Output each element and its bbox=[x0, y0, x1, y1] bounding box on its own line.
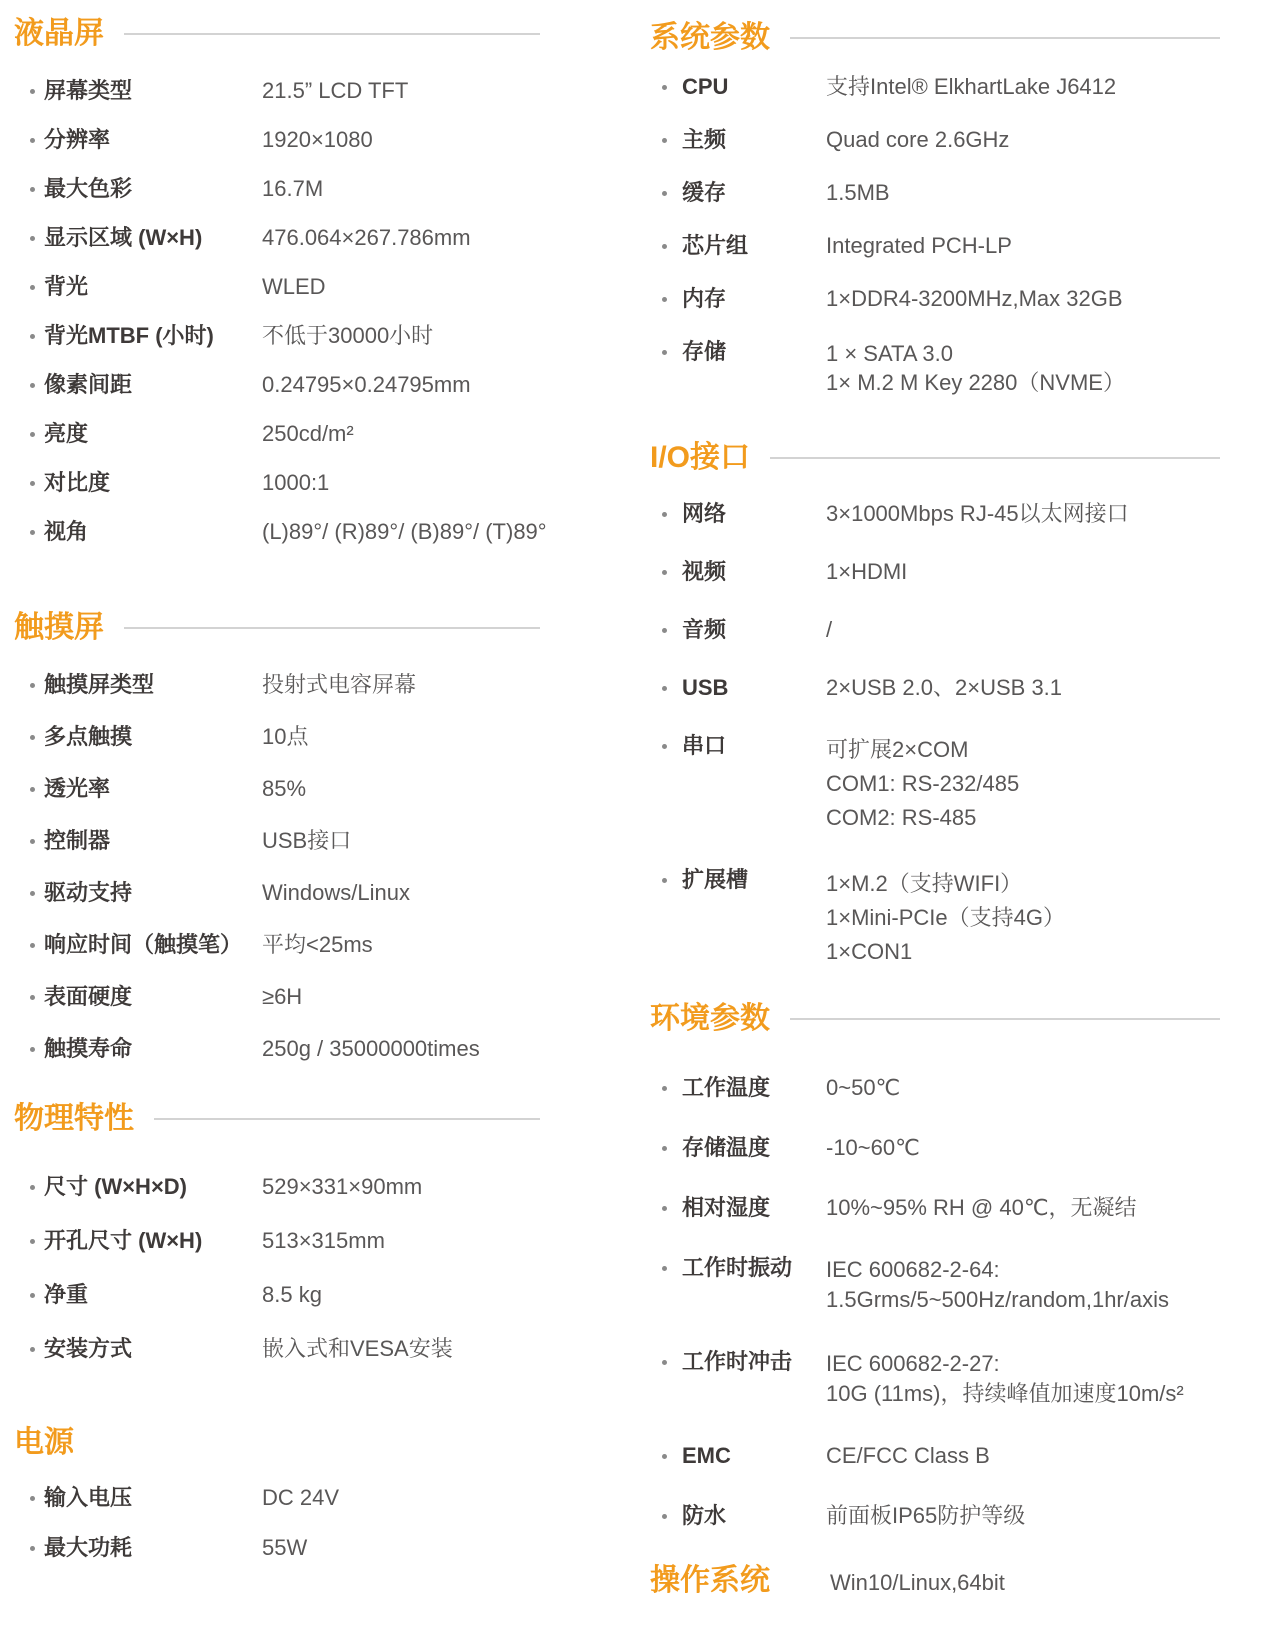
spec-row-max-power: 最大功耗55W bbox=[14, 1535, 540, 1561]
spec-value: WLED bbox=[262, 274, 326, 300]
spec-label: 缓存 bbox=[682, 180, 826, 206]
spec-row-driver-support: 驱动支持Windows/Linux bbox=[14, 880, 540, 906]
spec-label: 尺寸 (W×H×D) bbox=[44, 1174, 262, 1200]
spec-row-operating-temp: 工作温度0~50℃ bbox=[650, 1075, 1220, 1101]
spec-rows: 尺寸 (W×H×D)529×331×90mm 开孔尺寸 (W×H)513×315… bbox=[14, 1174, 540, 1362]
spec-label: 触摸寿命 bbox=[44, 1036, 262, 1062]
bullet-dot-icon bbox=[662, 138, 667, 143]
section-power: 电源 输入电压DC 24V 最大功耗55W bbox=[14, 1425, 540, 1561]
bullet-dot-icon bbox=[30, 138, 35, 143]
spec-value-line: 10G (11ms)，持续峰值加速度10m/s² bbox=[826, 1379, 1184, 1409]
spec-row-display-area: 显示区域 (W×H)476.064×267.786mm bbox=[14, 225, 540, 251]
section-title-system: 系统参数 bbox=[650, 20, 770, 56]
section-header-system: 系统参数 bbox=[650, 20, 1220, 56]
header-divider-line bbox=[790, 1018, 1220, 1020]
bullet-dot-icon bbox=[30, 432, 35, 437]
spec-value: 250g / 35000000times bbox=[262, 1036, 480, 1062]
bullet-dot-icon bbox=[662, 512, 667, 517]
bullet-dot-icon bbox=[662, 1266, 667, 1271]
spec-value: 嵌入式和VESA安装 bbox=[262, 1336, 453, 1362]
spec-value: 1920×1080 bbox=[262, 127, 373, 153]
bullet-dot-icon bbox=[662, 570, 667, 575]
spec-label: 背光 bbox=[44, 274, 262, 300]
spec-row-input-voltage: 输入电压DC 24V bbox=[14, 1485, 540, 1511]
spec-label: 工作温度 bbox=[682, 1075, 826, 1101]
spec-label: 表面硬度 bbox=[44, 984, 262, 1010]
spec-row-expansion-slots: 扩展槽1×M.2（支持WIFI）1×Mini-PCIe（支持4G）1×CON1 bbox=[650, 867, 1220, 969]
spec-label: 亮度 bbox=[44, 421, 262, 447]
spec-label: 主频 bbox=[682, 127, 826, 153]
spec-value: CE/FCC Class B bbox=[826, 1443, 990, 1469]
spec-rows: 网络3×1000Mbps RJ-45以太网接口 视频1×HDMI 音频/ USB… bbox=[650, 501, 1220, 969]
spec-label: 背光MTBF (小时) bbox=[44, 323, 262, 349]
spec-row-video: 视频1×HDMI bbox=[650, 559, 1220, 585]
spec-label: 控制器 bbox=[44, 828, 262, 854]
bullet-dot-icon bbox=[30, 1347, 35, 1352]
spec-value: Windows/Linux bbox=[262, 880, 410, 906]
spec-row-surface-hardness: 表面硬度≥6H bbox=[14, 984, 540, 1010]
spec-label: USB bbox=[682, 675, 826, 701]
spec-label: 存储温度 bbox=[682, 1135, 826, 1161]
spec-row-humidity: 相对湿度10%~95% RH @ 40℃，无凝结 bbox=[650, 1195, 1220, 1221]
spec-label: 驱动支持 bbox=[44, 880, 262, 906]
spec-value-line: IEC 600682-2-64: bbox=[826, 1255, 1169, 1285]
spec-label: 响应时间（触摸笔） bbox=[44, 932, 262, 958]
spec-value: 2×USB 2.0、2×USB 3.1 bbox=[826, 675, 1062, 701]
spec-value: 10点 bbox=[262, 724, 308, 750]
section-system-params: 系统参数 CPU支持Intel® ElkhartLake J6412 主频Qua… bbox=[650, 20, 1220, 397]
bullet-dot-icon bbox=[662, 191, 667, 196]
bullet-dot-icon bbox=[30, 1185, 35, 1190]
spec-value: 250cd/m² bbox=[262, 421, 354, 447]
spec-row-storage: 存储1 × SATA 3.01× M.2 M Key 2280（NVME） bbox=[650, 339, 1220, 397]
bullet-dot-icon bbox=[662, 744, 667, 749]
spec-row-contrast: 对比度1000:1 bbox=[14, 470, 540, 496]
spec-value-line: COM1: RS-232/485 bbox=[826, 767, 1019, 801]
spec-label: 视角 bbox=[44, 519, 262, 545]
spec-label: 工作时振动 bbox=[682, 1255, 826, 1281]
bullet-dot-icon bbox=[30, 481, 35, 486]
spec-row-max-colors: 最大色彩16.7M bbox=[14, 176, 540, 202]
bullet-dot-icon bbox=[662, 85, 667, 90]
bullet-dot-icon bbox=[662, 686, 667, 691]
spec-value: ≥6H bbox=[262, 984, 302, 1010]
spec-rows: CPU支持Intel® ElkhartLake J6412 主频Quad cor… bbox=[650, 74, 1220, 397]
bullet-dot-icon bbox=[30, 1239, 35, 1244]
spec-label: 串口 bbox=[682, 733, 826, 759]
spec-row-controller: 控制器USB接口 bbox=[14, 828, 540, 854]
section-header-lcd: 液晶屏 bbox=[14, 16, 540, 52]
spec-row-transmittance: 透光率85% bbox=[14, 776, 540, 802]
bullet-dot-icon bbox=[30, 334, 35, 339]
spec-row-dimensions: 尺寸 (W×H×D)529×331×90mm bbox=[14, 1174, 540, 1200]
spec-value: 529×331×90mm bbox=[262, 1174, 422, 1200]
bullet-dot-icon bbox=[30, 383, 35, 388]
bullet-dot-icon bbox=[30, 787, 35, 792]
spec-value: (L)89°/ (R)89°/ (B)89°/ (T)89° bbox=[262, 519, 547, 545]
spec-row-backlight-mtbf: 背光MTBF (小时)不低于30000小时 bbox=[14, 323, 540, 349]
spec-row-storage-temp: 存储温度-10~60℃ bbox=[650, 1135, 1220, 1161]
section-operating-system: 操作系统 Win10/Linux,64bit bbox=[650, 1563, 1220, 1599]
spec-value-line: IEC 600682-2-27: bbox=[826, 1349, 1184, 1379]
spec-label: 扩展槽 bbox=[682, 867, 826, 893]
bullet-dot-icon bbox=[662, 1514, 667, 1519]
os-row: 操作系统 Win10/Linux,64bit bbox=[650, 1563, 1220, 1599]
spec-rows: 屏幕类型21.5” LCD TFT 分辨率1920×1080 最大色彩16.7M… bbox=[14, 78, 540, 545]
bullet-dot-icon bbox=[30, 187, 35, 192]
spec-label: 对比度 bbox=[44, 470, 262, 496]
spec-row-frequency: 主频Quad core 2.6GHz bbox=[650, 127, 1220, 153]
spec-label: 芯片组 bbox=[682, 233, 826, 259]
bullet-dot-icon bbox=[662, 1206, 667, 1211]
section-title-touch: 触摸屏 bbox=[14, 610, 104, 646]
spec-row-network: 网络3×1000Mbps RJ-45以太网接口 bbox=[650, 501, 1220, 527]
spec-row-screen-type: 屏幕类型21.5” LCD TFT bbox=[14, 78, 540, 104]
spec-value-line: 1×M.2（支持WIFI） bbox=[826, 867, 1065, 901]
spec-value: 支持Intel® ElkhartLake J6412 bbox=[826, 74, 1116, 100]
spec-value: 1.5MB bbox=[826, 180, 890, 206]
section-title-env: 环境参数 bbox=[650, 1001, 770, 1037]
bullet-dot-icon bbox=[30, 683, 35, 688]
bullet-dot-icon bbox=[30, 1293, 35, 1298]
spec-label: 输入电压 bbox=[44, 1485, 262, 1511]
spec-row-emc: EMCCE/FCC Class B bbox=[650, 1443, 1220, 1469]
spec-row-cache: 缓存1.5MB bbox=[650, 180, 1220, 206]
spec-label: 内存 bbox=[682, 286, 826, 312]
spec-value: 可扩展2×COMCOM1: RS-232/485COM2: RS-485 bbox=[826, 733, 1019, 835]
spec-label: 净重 bbox=[44, 1282, 262, 1308]
spec-row-net-weight: 净重8.5 kg bbox=[14, 1282, 540, 1308]
spec-value: 0~50℃ bbox=[826, 1075, 900, 1101]
bullet-dot-icon bbox=[662, 628, 667, 633]
section-header-env: 环境参数 bbox=[650, 1001, 1220, 1037]
spec-value-line: 1.5Grms/5~500Hz/random,1hr/axis bbox=[826, 1285, 1169, 1315]
spec-rows: 触摸屏类型投射式电容屏幕 多点触摸10点 透光率85% 控制器USB接口 驱动支… bbox=[14, 672, 540, 1062]
spec-row-response-time: 响应时间（触摸笔）平均<25ms bbox=[14, 932, 540, 958]
section-header-physical: 物理特性 bbox=[14, 1101, 540, 1137]
bullet-dot-icon bbox=[662, 244, 667, 249]
spec-value: IEC 600682-2-27:10G (11ms)，持续峰值加速度10m/s² bbox=[826, 1349, 1184, 1409]
spec-label: 相对湿度 bbox=[682, 1195, 826, 1221]
spec-row-usb: USB2×USB 2.0、2×USB 3.1 bbox=[650, 675, 1220, 701]
header-divider-line bbox=[790, 37, 1220, 39]
spec-row-audio: 音频/ bbox=[650, 617, 1220, 643]
section-title-lcd: 液晶屏 bbox=[14, 16, 104, 52]
spec-label: 透光率 bbox=[44, 776, 262, 802]
spec-value: 10%~95% RH @ 40℃，无凝结 bbox=[826, 1195, 1137, 1221]
bullet-dot-icon bbox=[662, 297, 667, 302]
spec-row-brightness: 亮度250cd/m² bbox=[14, 421, 540, 447]
spec-value: 21.5” LCD TFT bbox=[262, 78, 408, 104]
section-io-interfaces: I/O接口 网络3×1000Mbps RJ-45以太网接口 视频1×HDMI 音… bbox=[650, 440, 1220, 969]
spec-label: 最大功耗 bbox=[44, 1535, 262, 1561]
spec-value: IEC 600682-2-64:1.5Grms/5~500Hz/random,1… bbox=[826, 1255, 1169, 1315]
section-title-os: 操作系统 bbox=[650, 1563, 830, 1599]
spec-value: 0.24795×0.24795mm bbox=[262, 372, 471, 398]
spec-row-resolution: 分辨率1920×1080 bbox=[14, 127, 540, 153]
spec-row-waterproof: 防水前面板IP65防护等级 bbox=[650, 1503, 1220, 1529]
section-physical: 物理特性 尺寸 (W×H×D)529×331×90mm 开孔尺寸 (W×H)51… bbox=[14, 1101, 540, 1362]
bullet-dot-icon bbox=[662, 350, 667, 355]
left-column: 液晶屏 屏幕类型21.5” LCD TFT 分辨率1920×1080 最大色彩1… bbox=[14, 0, 540, 1585]
spec-label: 视频 bbox=[682, 559, 826, 585]
spec-value-line: 1×Mini-PCIe（支持4G） bbox=[826, 901, 1065, 935]
spec-value-line: 1 × SATA 3.0 bbox=[826, 339, 1125, 368]
spec-row-multitouch: 多点触摸10点 bbox=[14, 724, 540, 750]
spec-label: CPU bbox=[682, 74, 826, 100]
spec-label: 屏幕类型 bbox=[44, 78, 262, 104]
spec-label: 网络 bbox=[682, 501, 826, 527]
spec-value: 55W bbox=[262, 1535, 307, 1561]
spec-value-line: 1× M.2 M Key 2280（NVME） bbox=[826, 368, 1125, 397]
spec-value: 513×315mm bbox=[262, 1228, 385, 1254]
spec-value-line: 1×CON1 bbox=[826, 935, 1065, 969]
spec-label: 触摸屏类型 bbox=[44, 672, 262, 698]
section-header-touch: 触摸屏 bbox=[14, 610, 540, 646]
spec-label: 音频 bbox=[682, 617, 826, 643]
spec-value: 1×M.2（支持WIFI）1×Mini-PCIe（支持4G）1×CON1 bbox=[826, 867, 1065, 969]
spec-value: USB接口 bbox=[262, 828, 351, 854]
spec-value: 85% bbox=[262, 776, 306, 802]
spec-rows: 工作温度0~50℃ 存储温度-10~60℃ 相对湿度10%~95% RH @ 4… bbox=[650, 1075, 1220, 1529]
section-title-power: 电源 bbox=[14, 1425, 74, 1461]
spec-row-backlight: 背光WLED bbox=[14, 274, 540, 300]
bullet-dot-icon bbox=[30, 89, 35, 94]
spec-value: 1×HDMI bbox=[826, 559, 907, 585]
spec-rows: 输入电压DC 24V 最大功耗55W bbox=[14, 1485, 540, 1561]
spec-value: 投射式电容屏幕 bbox=[262, 672, 416, 698]
section-touch-screen: 触摸屏 触摸屏类型投射式电容屏幕 多点触摸10点 透光率85% 控制器USB接口… bbox=[14, 610, 540, 1062]
spec-row-pixel-pitch: 像素间距0.24795×0.24795mm bbox=[14, 372, 540, 398]
bullet-dot-icon bbox=[30, 1546, 35, 1551]
section-header-io: I/O接口 bbox=[650, 440, 1220, 476]
bullet-dot-icon bbox=[30, 891, 35, 896]
spec-row-touch-lifetime: 触摸寿命250g / 35000000times bbox=[14, 1036, 540, 1062]
spec-row-chipset: 芯片组Integrated PCH-LP bbox=[650, 233, 1220, 259]
bullet-dot-icon bbox=[30, 1047, 35, 1052]
header-divider-line bbox=[124, 627, 540, 629]
spec-value: -10~60℃ bbox=[826, 1135, 920, 1161]
spec-value: 1000:1 bbox=[262, 470, 329, 496]
bullet-dot-icon bbox=[30, 530, 35, 535]
bullet-dot-icon bbox=[30, 236, 35, 241]
spec-label: 工作时冲击 bbox=[682, 1349, 826, 1375]
bullet-dot-icon bbox=[30, 285, 35, 290]
header-divider-line bbox=[124, 33, 540, 35]
spec-label: 显示区域 (W×H) bbox=[44, 225, 262, 251]
bullet-dot-icon bbox=[662, 878, 667, 883]
right-column: 系统参数 CPU支持Intel® ElkhartLake J6412 主频Qua… bbox=[650, 0, 1220, 1599]
header-divider-line bbox=[154, 1118, 540, 1120]
spec-label: 最大色彩 bbox=[44, 176, 262, 202]
spec-value: 16.7M bbox=[262, 176, 323, 202]
spec-value-line: 可扩展2×COM bbox=[826, 733, 1019, 767]
bullet-dot-icon bbox=[30, 839, 35, 844]
bullet-dot-icon bbox=[30, 1496, 35, 1501]
spec-row-memory: 内存1×DDR4-3200MHz,Max 32GB bbox=[650, 286, 1220, 312]
spec-row-shock: 工作时冲击IEC 600682-2-27:10G (11ms)，持续峰值加速度1… bbox=[650, 1349, 1220, 1409]
spec-value: 平均<25ms bbox=[262, 932, 373, 958]
section-header-power: 电源 bbox=[14, 1425, 540, 1461]
spec-label: 分辨率 bbox=[44, 127, 262, 153]
spec-value: 前面板IP65防护等级 bbox=[826, 1503, 1025, 1529]
spec-row-viewing-angle: 视角(L)89°/ (R)89°/ (B)89°/ (T)89° bbox=[14, 519, 540, 545]
spec-value: 不低于30000小时 bbox=[262, 323, 433, 349]
spec-row-vibration: 工作时振动IEC 600682-2-64:1.5Grms/5~500Hz/ran… bbox=[650, 1255, 1220, 1315]
spec-row-cutout-size: 开孔尺寸 (W×H)513×315mm bbox=[14, 1228, 540, 1254]
spec-label: 安装方式 bbox=[44, 1336, 262, 1362]
spec-value: 476.064×267.786mm bbox=[262, 225, 471, 251]
bullet-dot-icon bbox=[30, 735, 35, 740]
spec-label: 存储 bbox=[682, 339, 826, 365]
bullet-dot-icon bbox=[30, 995, 35, 1000]
section-title-physical: 物理特性 bbox=[14, 1101, 134, 1137]
spec-value: / bbox=[826, 617, 832, 643]
spec-label: 多点触摸 bbox=[44, 724, 262, 750]
spec-value: DC 24V bbox=[262, 1485, 339, 1511]
bullet-dot-icon bbox=[662, 1360, 667, 1365]
spec-label: EMC bbox=[682, 1443, 826, 1469]
spec-value: 1 × SATA 3.01× M.2 M Key 2280（NVME） bbox=[826, 339, 1125, 397]
section-title-io: I/O接口 bbox=[650, 440, 750, 476]
bullet-dot-icon bbox=[30, 943, 35, 948]
bullet-dot-icon bbox=[662, 1454, 667, 1459]
spec-value: Integrated PCH-LP bbox=[826, 233, 1012, 259]
header-divider-line bbox=[770, 457, 1220, 459]
bullet-dot-icon bbox=[662, 1146, 667, 1151]
spec-value: 8.5 kg bbox=[262, 1282, 322, 1308]
spec-row-serial-port: 串口可扩展2×COMCOM1: RS-232/485COM2: RS-485 bbox=[650, 733, 1220, 835]
section-lcd-screen: 液晶屏 屏幕类型21.5” LCD TFT 分辨率1920×1080 最大色彩1… bbox=[14, 16, 540, 545]
os-value: Win10/Linux,64bit bbox=[830, 1570, 1005, 1596]
section-environment: 环境参数 工作温度0~50℃ 存储温度-10~60℃ 相对湿度10%~95% R… bbox=[650, 1001, 1220, 1529]
spec-label: 开孔尺寸 (W×H) bbox=[44, 1228, 262, 1254]
spec-row-touch-type: 触摸屏类型投射式电容屏幕 bbox=[14, 672, 540, 698]
spec-value: Quad core 2.6GHz bbox=[826, 127, 1009, 153]
spec-value-line: COM2: RS-485 bbox=[826, 801, 1019, 835]
spec-value: 1×DDR4-3200MHz,Max 32GB bbox=[826, 286, 1123, 312]
bullet-dot-icon bbox=[662, 1086, 667, 1091]
spec-value: 3×1000Mbps RJ-45以太网接口 bbox=[826, 501, 1129, 527]
spec-label: 防水 bbox=[682, 1503, 826, 1529]
spec-row-mounting: 安装方式嵌入式和VESA安装 bbox=[14, 1336, 540, 1362]
spec-row-cpu: CPU支持Intel® ElkhartLake J6412 bbox=[650, 74, 1220, 100]
spec-label: 像素间距 bbox=[44, 372, 262, 398]
